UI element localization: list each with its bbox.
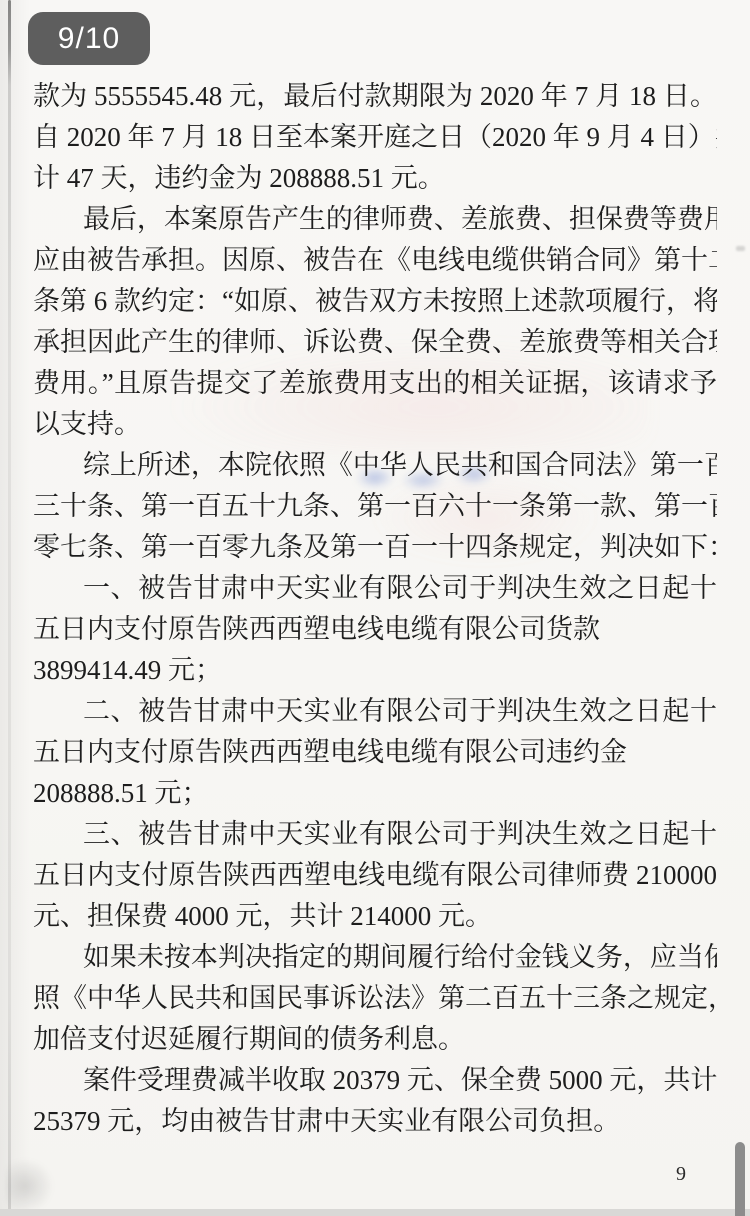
document-line: 应由被告承担。因原、被告在《电线电缆供销合同》第十二 [33, 240, 717, 281]
document-line: 三、被告甘肃中天实业有限公司于判决生效之日起十 [33, 814, 717, 855]
paper-bottom-smudge [6, 1158, 54, 1214]
document-line: 案件受理费减半收取 20379 元、保全费 5000 元，共计 [33, 1060, 717, 1101]
document-line: 二、被告甘肃中天实业有限公司于判决生效之日起十 [33, 691, 717, 732]
document-line: 25379 元，均由被告甘肃中天实业有限公司负担。 [33, 1101, 717, 1142]
document-line: 三十条、第一百五十九条、第一百六十一条第一款、第一百 [33, 486, 717, 527]
paper-left-shading [0, 0, 30, 1216]
paper-speck [736, 246, 745, 251]
page-number: 9 [676, 1160, 686, 1188]
document-line: 如果未按本判决指定的期间履行给付金钱义务，应当依 [33, 937, 717, 978]
document-line: 自 2020 年 7 月 18 日至本案开庭之日（2020 年 9 月 4 日）… [33, 117, 717, 158]
document-line: 一、被告甘肃中天实业有限公司于判决生效之日起十 [33, 568, 717, 609]
document-line: 加倍支付迟延履行期间的债务利息。 [33, 1019, 717, 1060]
document-line: 综上所述，本院依照《中华人民共和国合同法》第一百 [33, 445, 717, 486]
document-line: 五日内支付原告陕西西塑电线电缆有限公司货款 [33, 609, 717, 650]
document-line: 零七条、第一百零九条及第一百一十四条规定，判决如下： [33, 527, 717, 568]
document-line: 以支持。 [33, 404, 717, 445]
document-line: 费用。”且原告提交了差旅费用支出的相关证据，该请求予 [33, 363, 717, 404]
document-body: 款为 5555545.48 元，最后付款期限为 2020 年 7 月 18 日。… [33, 76, 717, 1142]
document-line: 元、担保费 4000 元，共计 214000 元。 [33, 896, 717, 937]
document-line: 承担因此产生的律师、诉讼费、保全费、差旅费等相关合理 [33, 322, 717, 363]
page-indicator-badge: 9/10 [28, 12, 150, 65]
document-line: 208888.51 元； [33, 773, 717, 814]
document-page: 9/10 款为 5555545.48 元，最后付款期限为 2020 年 7 月 … [0, 0, 750, 1216]
paper-edge-line [8, 0, 11, 1216]
document-line: 五日内支付原告陕西西塑电线电缆有限公司违约金 [33, 732, 717, 773]
document-line: 款为 5555545.48 元，最后付款期限为 2020 年 7 月 18 日。 [33, 76, 717, 117]
bottom-edge-strip [0, 1209, 750, 1216]
document-line: 计 47 天，违约金为 208888.51 元。 [33, 158, 717, 199]
document-line: 最后，本案原告产生的律师费、差旅费、担保费等费用 [33, 199, 717, 240]
document-line: 条第 6 款约定：“如原、被告双方未按照上述款项履行，将 [33, 281, 717, 322]
document-line: 照《中华人民共和国民事诉讼法》第二百五十三条之规定， [33, 978, 717, 1019]
document-line: 3899414.49 元； [33, 650, 717, 691]
document-line: 五日内支付原告陕西西塑电线电缆有限公司律师费 210000 [33, 855, 717, 896]
scrollbar-thumb[interactable] [735, 1142, 745, 1216]
